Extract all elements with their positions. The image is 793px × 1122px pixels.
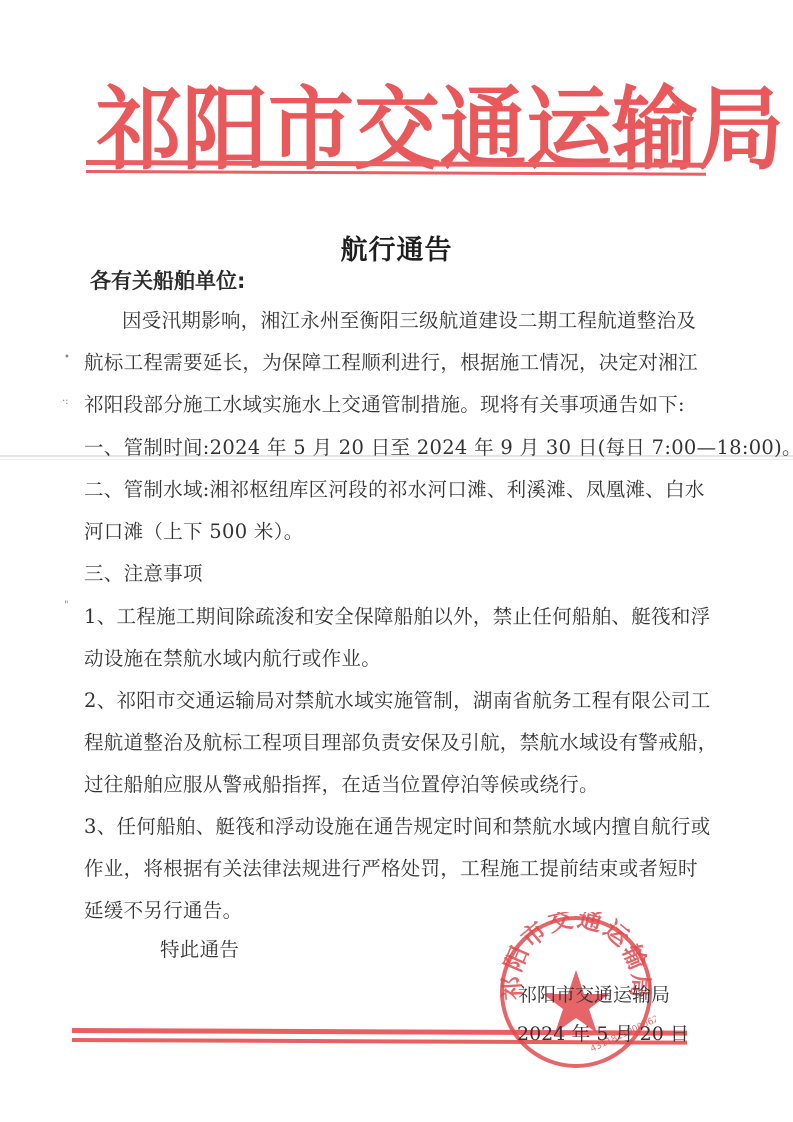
note-item-2: 2、祁阳市交通运输局对禁航水域实施管制，湖南省航务工程有限公司工 — [84, 685, 711, 713]
section-control-waters: 二、管制水域:湘祁枢纽库区河段的祁水河口滩、利溪滩、凤凰滩、白水 — [84, 474, 705, 502]
notice-page: 祁 阳 市 交 通 运 输 局 航行通告 各有关船舶单位: 因受汛期影响，湘江永… — [0, 0, 793, 1122]
notice-title: 航行通告 — [0, 228, 793, 267]
intro-line: 航标工程需要延长，为保障工程顺利进行，根据施工情况，决定对湘江 — [84, 347, 698, 375]
note-item-3: 3、任何船舶、艇筏和浮动设施在通告规定时间和禁航水域内擅自航行或 — [84, 811, 711, 839]
note-item-3: 作业，将根据有关法律法规进行严格处罚，工程施工提前结束或者短时 — [84, 853, 698, 881]
section-control-waters: 河口滩（上下 500 米）。 — [84, 516, 304, 544]
signature-date: 2024 年 5 月 20 日 — [517, 1019, 689, 1046]
note-item-1: 动设施在禁航水域内航行或作业。 — [84, 643, 381, 671]
note-item-2: 程航道整治及航标工程项目理部负责安保及引航，禁航水域设有警戒船， — [84, 727, 718, 755]
note-item-2: 过往船舶应服从警戒船指挥，在适当位置停泊等候或绕行。 — [84, 769, 599, 797]
section-notes-heading: 三、注意事项 — [84, 558, 203, 586]
salutation: 各有关船舶单位: — [90, 265, 245, 295]
intro-line: 祁阳段部分施工水域实施水上交通管制措施。现将有关事项通告如下: — [84, 389, 685, 417]
scan-speck: • — [64, 352, 70, 363]
scan-speck: ·: — [62, 396, 69, 407]
closing-text: 特此通告 — [160, 934, 239, 962]
signature-organization: 祁阳市交通运输局 — [518, 980, 670, 1007]
section-control-time: 一、管制时间:2024 年 5 月 20 日至 2024 年 9 月 30 日(… — [84, 432, 793, 460]
note-item-3: 延缓不另行通告。 — [84, 895, 242, 923]
intro-line: 因受汛期影响，湘江永州至衡阳三级航道建设二期工程航道整治及 — [122, 305, 696, 333]
scan-speck: " — [64, 600, 69, 611]
letterhead-char: 局 — [698, 85, 784, 175]
note-item-1: 1、工程施工期间除疏浚和安全保障船舶以外，禁止任何船舶、艇筏和浮 — [84, 601, 711, 629]
